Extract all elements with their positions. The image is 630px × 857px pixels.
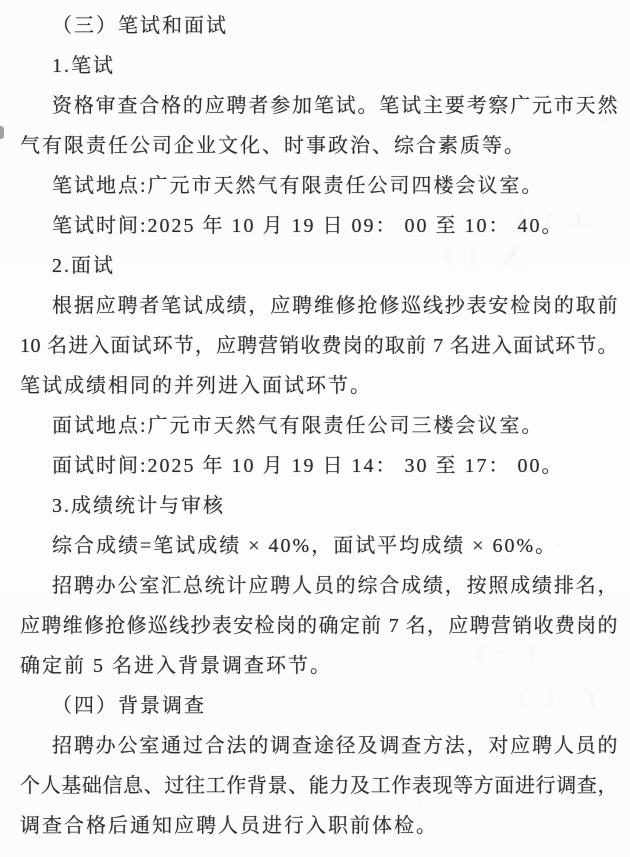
paragraph-background-line-3: 调查合格后通知应聘人员进行入职前体检。 — [20, 806, 618, 846]
subsection-heading-score-review: 3.成绩统计与审核 — [20, 486, 618, 526]
section-heading-background-check: （四）背景调查 — [20, 686, 618, 726]
subsection-heading-written-test: 1.笔试 — [20, 46, 618, 86]
subsection-heading-interview: 2.面试 — [20, 246, 618, 286]
written-test-location: 笔试地点:广元市天然气有限责任公司四楼会议室。 — [20, 166, 618, 206]
paragraph-interview-line-3: 笔试成绩相同的并列进入面试环节。 — [20, 366, 618, 406]
scanned-document-page: （三）笔试和面试 1.笔试 资格审查合格的应聘者参加笔试。笔试主要考察广元市天然… — [0, 0, 630, 857]
interview-location: 面试地点:广元市天然气有限责任公司三楼会议室。 — [20, 406, 618, 446]
paragraph-score-line-1: 招聘办公室汇总统计应聘人员的综合成绩，按照成绩排名， — [20, 566, 618, 606]
paragraph-score-line-3: 确定前 5 名进入背景调查环节。 — [20, 646, 618, 686]
interview-time: 面试时间:2025 年 10 月 19 日 14： 30 至 17： 00。 — [20, 446, 618, 486]
paragraph-interview-line-2: 10 名进入面试环节，应聘营销收费岗的取前 7 名进入面试环节。 — [20, 326, 618, 366]
scan-edge-mark — [0, 126, 4, 139]
section-heading-written-and-interview: （三）笔试和面试 — [20, 6, 618, 46]
paragraph-interview-line-1: 根据应聘者笔试成绩，应聘维修抢修巡线抄表安检岗的取前 — [20, 286, 618, 326]
paragraph-written-test-line-2: 气有限责任公司企业文化、时事政治、综合素质等。 — [20, 126, 618, 166]
score-formula: 综合成绩=笔试成绩 × 40%，面试平均成绩 × 60%。 — [20, 526, 618, 566]
document-body: （三）笔试和面试 1.笔试 资格审查合格的应聘者参加笔试。笔试主要考察广元市天然… — [0, 0, 630, 846]
paragraph-background-line-2: 个人基础信息、过往工作背景、能力及工作表现等方面进行调查， — [20, 766, 618, 806]
paragraph-background-line-1: 招聘办公室通过合法的调查途径及调查方法，对应聘人员的 — [20, 726, 618, 766]
paragraph-written-test-line-1: 资格审查合格的应聘者参加笔试。笔试主要考察广元市天然 — [20, 86, 618, 126]
paragraph-score-line-2: 应聘维修抢修巡线抄表安检岗的确定前 7 名，应聘营销收费岗的 — [20, 606, 618, 646]
written-test-time: 笔试时间:2025 年 10 月 19 日 09： 00 至 10： 40。 — [20, 206, 618, 246]
